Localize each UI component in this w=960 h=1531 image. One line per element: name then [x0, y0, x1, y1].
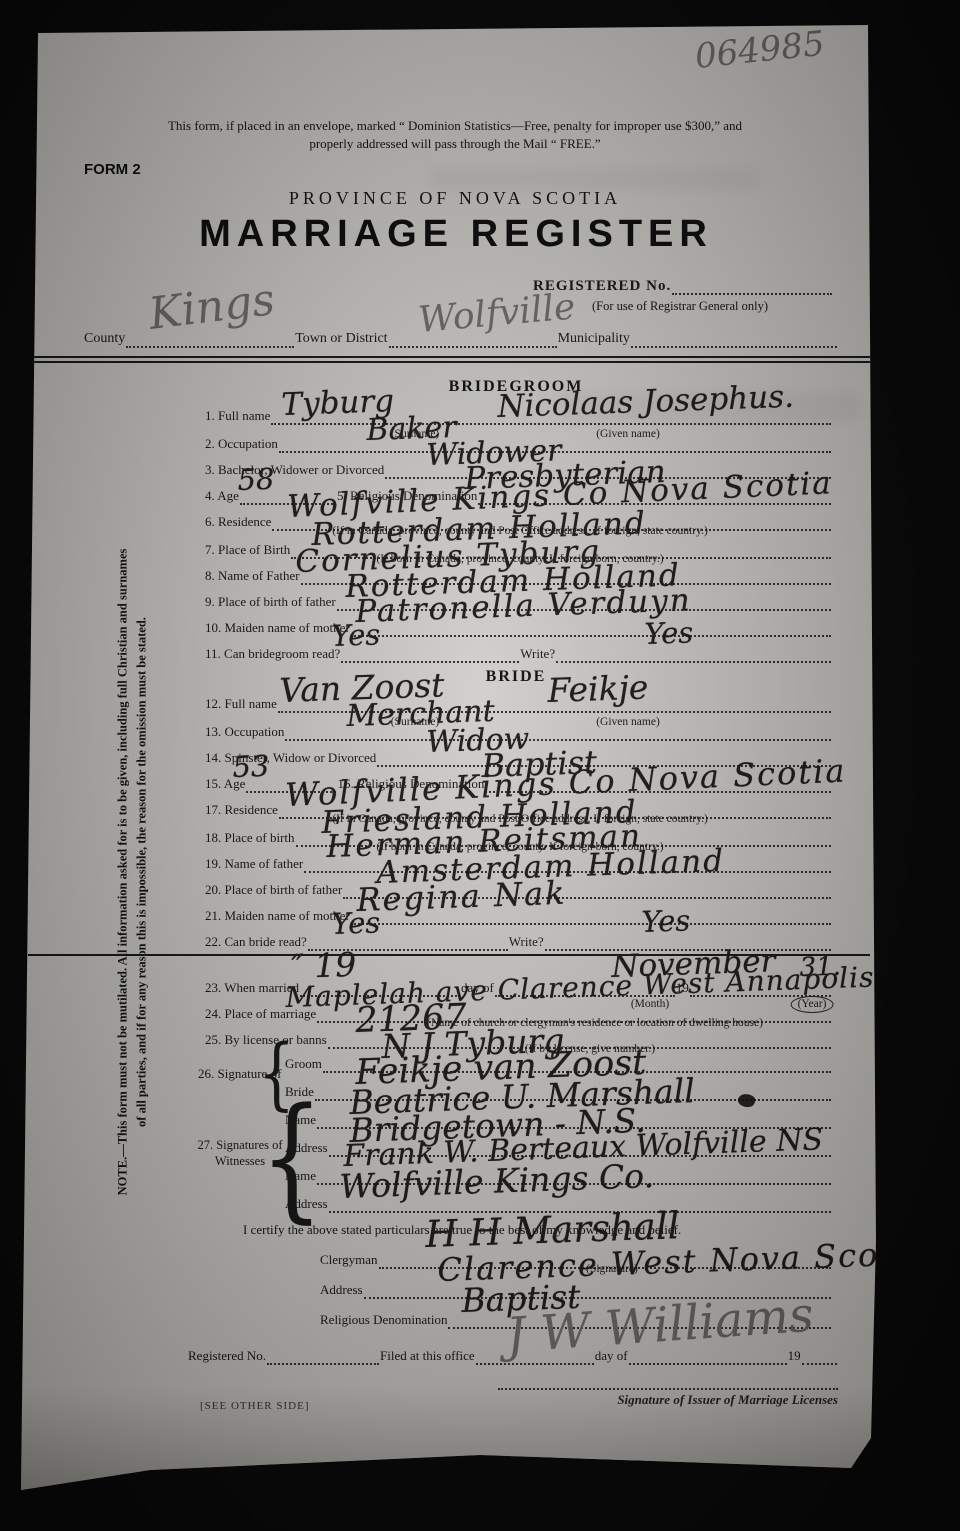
- field-label: 17. Residence: [205, 802, 278, 818]
- dotted-line: [285, 736, 831, 741]
- field-label: 12. Full name: [205, 696, 277, 712]
- county-label: County: [84, 331, 125, 347]
- field-label: 8. Name of Father: [205, 568, 300, 584]
- dotted-line: [631, 343, 837, 348]
- marriage-day-handwritten: ″ 19: [291, 948, 357, 983]
- dotted-line: [629, 1360, 787, 1365]
- witness2-address-handwritten: Wolfville Kings Co.: [339, 1159, 655, 1203]
- dotted-line: [351, 632, 831, 637]
- field-label: 3. Bachelor, Widower or Divorced: [205, 462, 384, 478]
- province-title: PROVINCE OF NOVA SCOTIA: [150, 188, 760, 209]
- main-title: MARRIAGE REGISTER: [126, 213, 786, 256]
- dotted-line: [802, 1360, 837, 1365]
- municipality-label: Municipality: [558, 331, 630, 347]
- field-label: 20. Place of birth of father: [205, 882, 342, 898]
- groom-age-handwritten: 58: [237, 465, 275, 495]
- dotted-line: [672, 290, 832, 295]
- field-label: Write?: [520, 646, 555, 662]
- field-label: 10. Maiden name of mother: [205, 620, 350, 636]
- town-or-district-label: Town or District: [295, 331, 387, 347]
- bride-age-handwritten: 53: [232, 752, 270, 782]
- field-label: Religious Denomination: [320, 1312, 447, 1328]
- field-label: 11. Can bridegroom read?: [205, 646, 340, 662]
- bride-given-name-handwritten: Feikje: [547, 670, 649, 707]
- field-label: Address: [285, 1140, 328, 1156]
- bride-mother-handwritten: Regina Nak: [356, 877, 567, 916]
- dotted-line: [389, 343, 557, 348]
- field-label: 18. Place of birth: [205, 830, 295, 846]
- field-label: Address: [320, 1282, 363, 1298]
- filing-year-prefix: 19: [788, 1348, 801, 1364]
- registrar-general-note: (For use of Registrar General only): [545, 299, 815, 314]
- field-label: Name: [285, 1112, 316, 1128]
- county-value-handwritten: Kings: [147, 278, 277, 337]
- filing-filed-label: Filed at this office: [380, 1348, 475, 1364]
- mail-notice-line2: properly addressed will pass through the…: [150, 136, 760, 152]
- witnesses-label: 27. Signatures of Witnesses: [194, 1138, 286, 1169]
- dotted-line: [126, 343, 294, 348]
- dotted-line: [341, 658, 519, 663]
- field-label: 2. Occupation: [205, 436, 278, 452]
- dotted-line: [267, 1360, 379, 1365]
- field-groom-literacy: 11. Can bridegroom read? Write?: [205, 646, 832, 663]
- serial-number-handwritten: 064985: [693, 27, 826, 74]
- field-label: 9. Place of birth of father: [205, 594, 336, 610]
- field-label: 21. Maiden name of mother: [205, 908, 350, 924]
- side-note-text: NOTE.—This form must not be mutilated. A…: [114, 545, 153, 1200]
- mail-notice-line1: This form, if placed in an envelope, mar…: [150, 118, 760, 134]
- groom-can-read-handwritten: Yes: [331, 620, 381, 651]
- paper-sheet: 064985 This form, if placed in an envelo…: [0, 0, 960, 1531]
- field-label: 14. Spinster, Widow or Divorced: [205, 750, 376, 766]
- field-label: Address: [285, 1196, 328, 1212]
- field-label: 4. Age: [205, 488, 239, 504]
- field-label: 7. Place of Birth: [205, 542, 290, 558]
- field-label: Write?: [509, 934, 544, 950]
- field-label: 13. Occupation: [205, 724, 284, 740]
- scanner-shadow: [0, 1386, 960, 1498]
- field-label: 19. Name of father: [205, 856, 303, 872]
- dotted-line: [556, 658, 831, 663]
- bleed-through-smudge: [430, 168, 760, 190]
- scanned-marriage-register: 064985 This form, if placed in an envelo…: [0, 0, 960, 1531]
- field-label: 1. Full name: [205, 408, 270, 424]
- field-label: Name: [285, 1168, 316, 1184]
- field-label: Clergyman: [320, 1252, 378, 1268]
- bride-can-write-handwritten: Yes: [641, 906, 691, 937]
- double-rule: [28, 356, 870, 363]
- bride-can-read-handwritten: Yes: [331, 908, 381, 939]
- field-label: Groom: [285, 1056, 322, 1072]
- groom-can-write-handwritten: Yes: [644, 618, 694, 649]
- dotted-line: [351, 920, 831, 925]
- field-label: 6. Residence: [205, 514, 271, 530]
- form-number: FORM 2: [84, 161, 141, 178]
- filing-registered-no-label: Registered No.: [188, 1348, 266, 1364]
